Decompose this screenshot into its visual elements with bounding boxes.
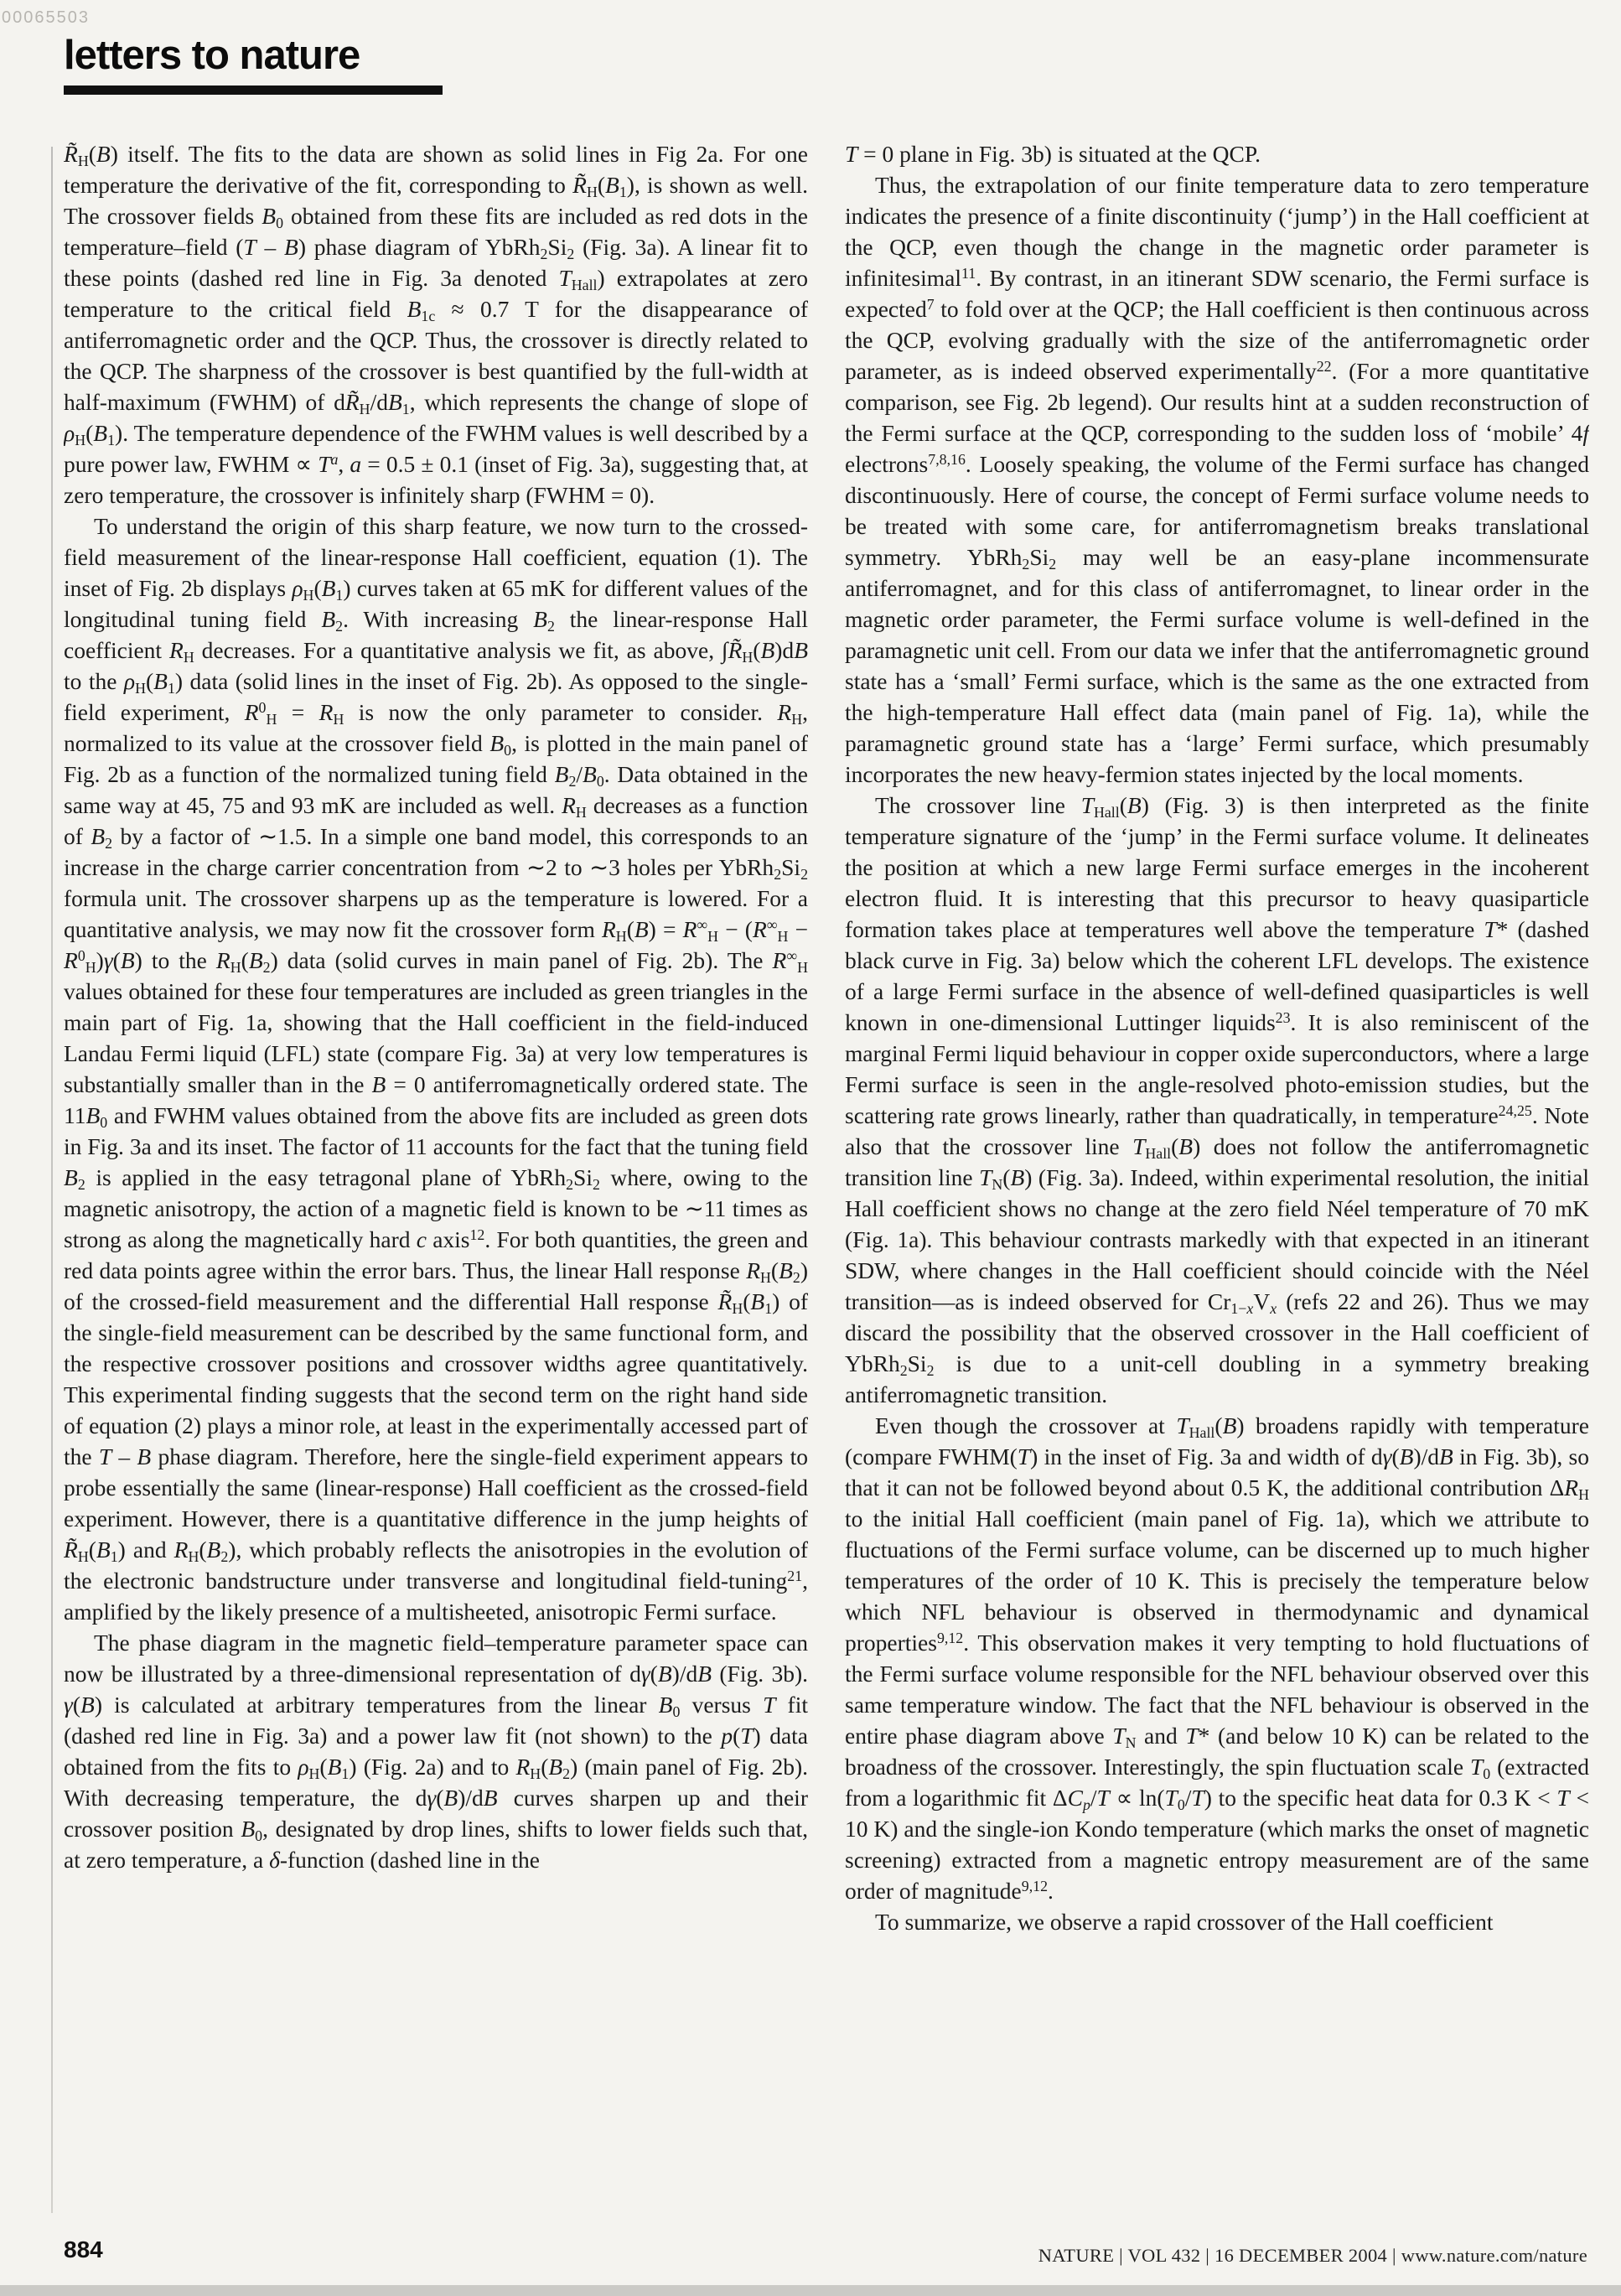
- paragraph-crossed-field-measurement: To understand the origin of this sharp f…: [64, 511, 808, 1627]
- column-edge-rule: [51, 147, 53, 2213]
- masthead-rule: [64, 86, 443, 95]
- scan-bottom-edge: [0, 2285, 1621, 2296]
- paragraph-crossover-line-interpretation: The crossover line THall(B) (Fig. 3) is …: [845, 790, 1589, 1410]
- footer-page-number: 884: [64, 2236, 103, 2263]
- paragraph-qcp-continuation: T = 0 plane in Fig. 3b) is situated at t…: [845, 138, 1589, 169]
- paragraph-nfl-behaviour: Even though the crossover at THall(B) br…: [845, 1410, 1589, 1906]
- scanned-journal-page: 00065503 letters to nature R̃H(B) itself…: [0, 0, 1621, 2296]
- right-column: T = 0 plane in Fig. 3b) is situated at t…: [845, 138, 1589, 2234]
- section-title: letters to nature: [64, 34, 443, 79]
- section-masthead: letters to nature: [64, 34, 443, 95]
- article-body: R̃H(B) itself. The fits to the data are …: [64, 138, 1589, 2234]
- paragraph-phase-diagram: The phase diagram in the magnetic field–…: [64, 1627, 808, 1875]
- scan-id-number: 00065503: [2, 8, 90, 28]
- left-column: R̃H(B) itself. The fits to the data are …: [64, 138, 808, 2234]
- paragraph-continued-from-previous-page: R̃H(B) itself. The fits to the data are …: [64, 138, 808, 511]
- paragraph-extrapolation-jump: Thus, the extrapolation of our finite te…: [845, 169, 1589, 790]
- paragraph-summary-start: To summarize, we observe a rapid crossov…: [845, 1906, 1589, 1937]
- footer-journal-citation: NATURE | VOL 432 | 16 DECEMBER 2004 | ww…: [1038, 2245, 1587, 2267]
